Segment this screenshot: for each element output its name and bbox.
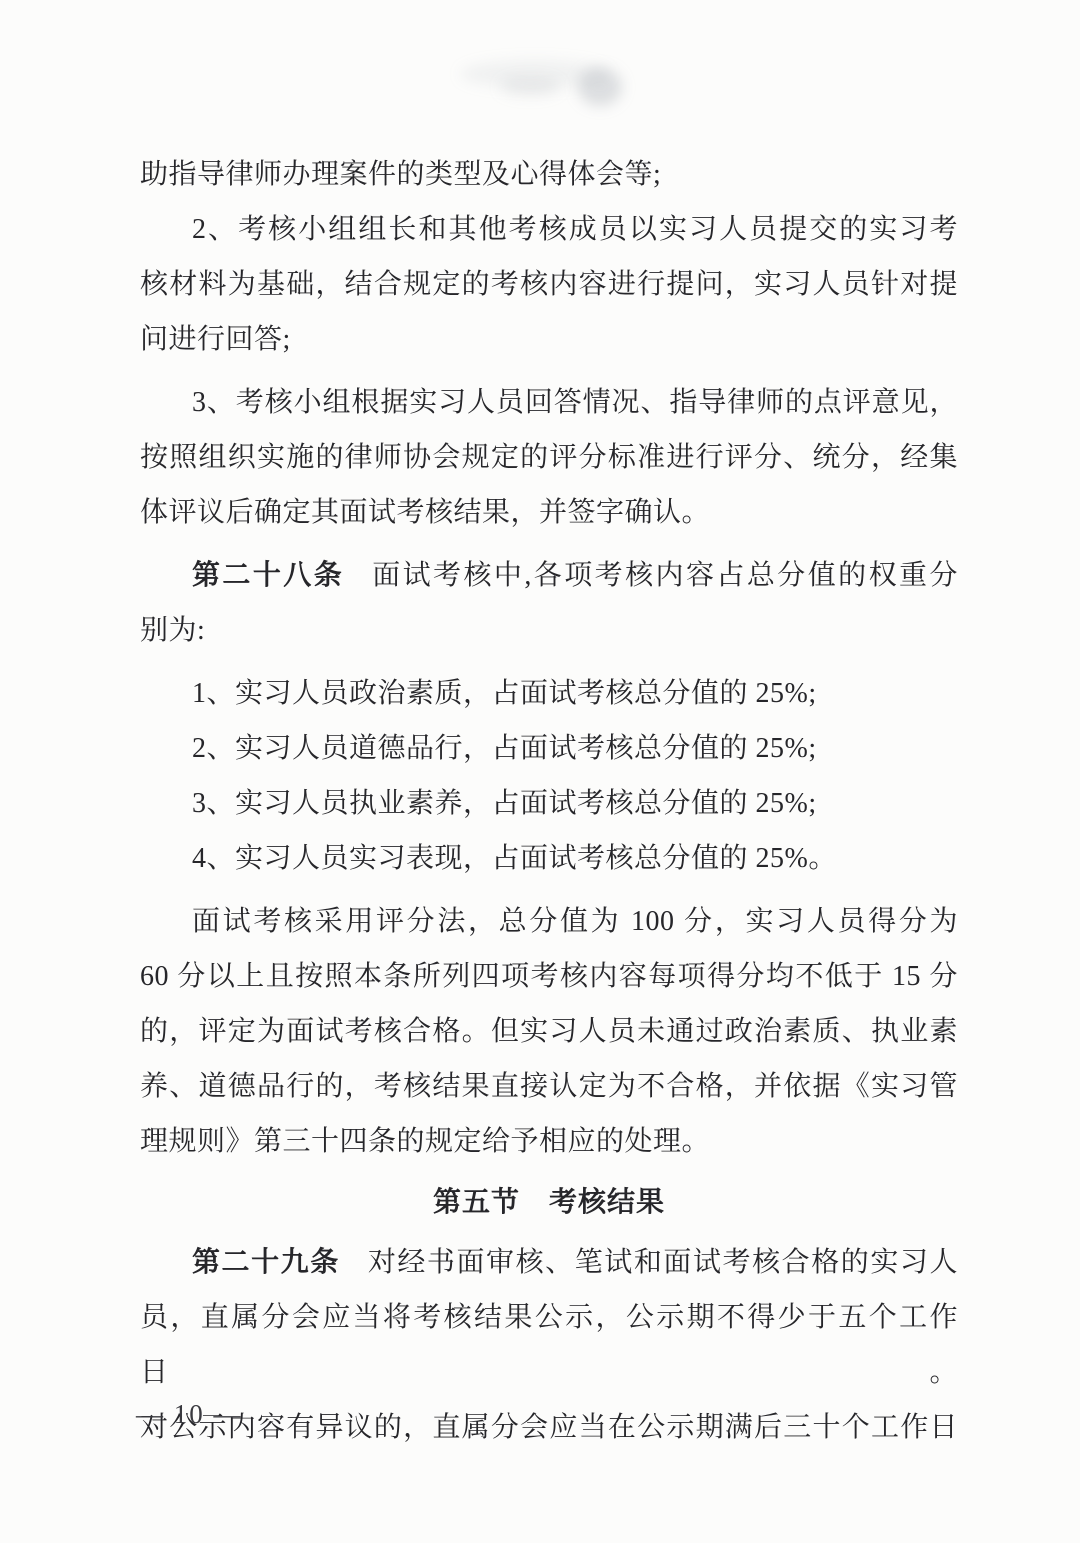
text-line: 第二十九条对经书面审核、笔试和面试考核合格的实习人 — [140, 1235, 958, 1290]
text-line: 对公示内容有异议的，直属分会应当在公示期满后三十个工作日 — [140, 1400, 958, 1455]
text-line: 2、实习人员道德品行，占面试考核总分值的 25%; — [140, 721, 958, 776]
text-line: 体评议后确定其面试考核结果，并签字确认。 — [140, 485, 958, 540]
section-heading: 第五节 考核结果 — [140, 1175, 958, 1230]
article-number: 第二十八条 — [192, 560, 344, 591]
text-line: 员，直属分会应当将考核结果公示，公示期不得少于五个工作日。 — [140, 1290, 958, 1400]
text-line: 理规则》第三十四条的规定给予相应的处理。 — [140, 1114, 958, 1169]
text-line: 助指导律师办理案件的类型及心得体会等; — [140, 147, 958, 202]
scan-smudge — [578, 68, 622, 106]
text-line: 面试考核采用评分法，总分值为 100 分，实习人员得分为 — [140, 894, 958, 949]
text-line: 第二十八条面试考核中,各项考核内容占总分值的权重分 — [140, 548, 958, 603]
text-line: 1、实习人员政治素质，占面试考核总分值的 25%; — [140, 666, 958, 721]
text-line: 问进行回答; — [140, 312, 958, 367]
text-line: 2、考核小组组长和其他考核成员以实习人员提交的实习考 — [140, 202, 958, 257]
text-line-body: 面试考核中,各项考核内容占总分值的权重分 — [372, 560, 958, 591]
text-line: 4、实习人员实习表现，占面试考核总分值的 25%。 — [140, 831, 958, 886]
document-content: 助指导律师办理案件的类型及心得体会等;2、考核小组组长和其他考核成员以实习人员提… — [140, 147, 958, 1455]
text-line: 3、实习人员执业素养，占面试考核总分值的 25%; — [140, 776, 958, 831]
text-line: 别为: — [140, 603, 958, 658]
text-line-body: 对经书面审核、笔试和面试考核合格的实习人 — [368, 1247, 958, 1278]
text-line: 的，评定为面试考核合格。但实习人员未通过政治素质、执业素 — [140, 1004, 958, 1059]
page-number: — 10 — — [136, 1396, 243, 1432]
document-page: 助指导律师办理案件的类型及心得体会等;2、考核小组组长和其他考核成员以实习人员提… — [0, 0, 1080, 1543]
text-line: 60 分以上且按照本条所列四项考核内容每项得分均不低于 15 分 — [140, 949, 958, 1004]
text-line: 养、道德品行的，考核结果直接认定为不合格，并依据《实习管 — [140, 1059, 958, 1114]
text-line: 3、考核小组根据实习人员回答情况、指导律师的点评意见， — [140, 375, 958, 430]
text-line: 按照组织实施的律师协会规定的评分标准进行评分、统分，经集 — [140, 430, 958, 485]
scan-smudge — [500, 78, 560, 96]
text-line: 核材料为基础，结合规定的考核内容进行提问，实习人员针对提 — [140, 257, 958, 312]
scan-smudge — [460, 60, 610, 88]
article-number: 第二十九条 — [192, 1247, 340, 1278]
